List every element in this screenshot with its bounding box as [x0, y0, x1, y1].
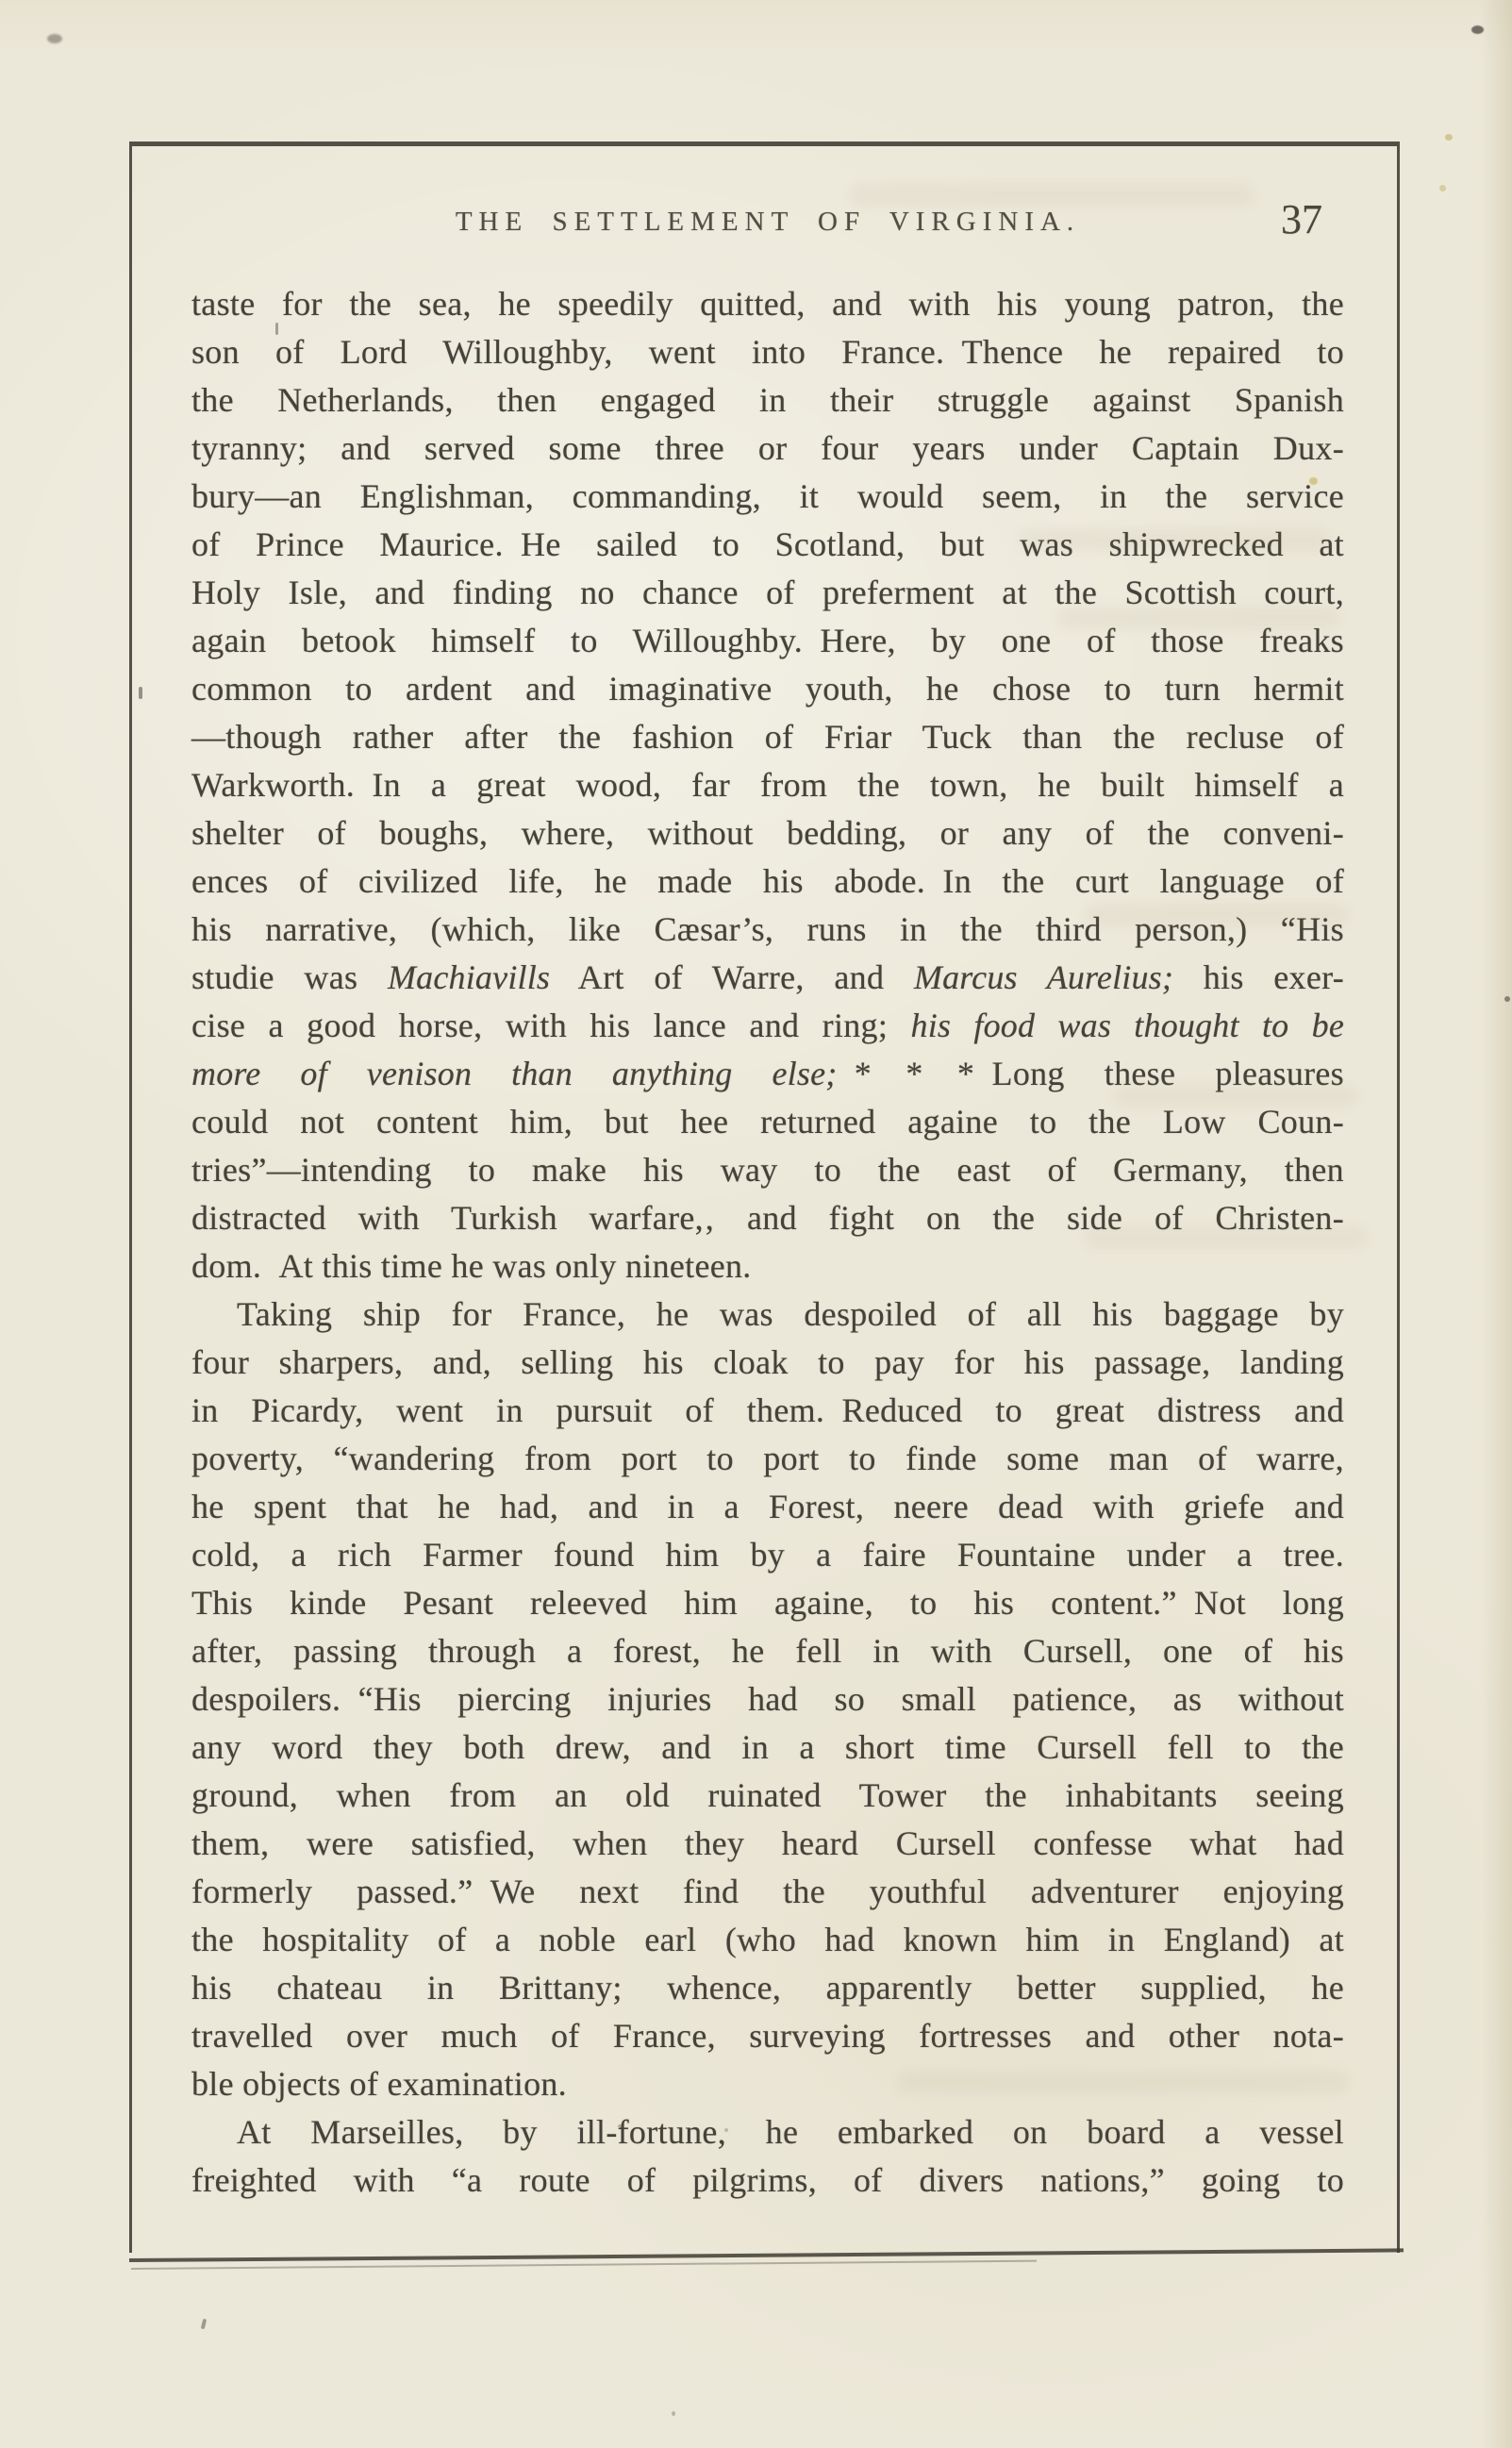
regular-text: studie was — [191, 958, 388, 996]
regular-text: after, passing through a forest, he fell… — [191, 1632, 1344, 1670]
regular-text: any word they both drew, and in a short … — [191, 1728, 1344, 1766]
paragraph: Taking ship for France, he was despoiled… — [191, 1291, 1344, 2108]
text-line: after, passing through a forest, he fell… — [191, 1627, 1344, 1675]
text-line: he spent that he had, and in a Forest, n… — [191, 1483, 1344, 1531]
regular-text: could not content him, but hee returned … — [191, 1103, 1344, 1141]
text-line: studie was Machiavills Art of Warre, and… — [191, 954, 1344, 1002]
text-line: Warkworth. In a great wood, far from the… — [191, 761, 1344, 809]
ink-speck — [47, 34, 62, 43]
regular-text: ences of civilized life, he made his abo… — [191, 862, 1344, 900]
regular-text: four sharpers, and, selling his cloak to… — [191, 1343, 1344, 1381]
regular-text: his exer- — [1173, 958, 1344, 996]
text-line: despoilers. “His piercing injuries had s… — [191, 1675, 1344, 1724]
text-line: Taking ship for France, he was despoiled… — [191, 1291, 1344, 1339]
foxing-spot — [1439, 185, 1446, 192]
text-line: formerly passed.” We next find the youth… — [191, 1868, 1344, 1916]
regular-text: At Marseilles, by ill-fortune, he embark… — [237, 2113, 1344, 2151]
regular-text: Holy Isle, and finding no chance of pref… — [191, 574, 1344, 611]
italic-text: Machiavills — [388, 958, 550, 996]
ink-speck — [1471, 25, 1484, 34]
regular-text: ground, when from an old ruinated Tower … — [191, 1776, 1344, 1814]
text-line: bury—an Englishman, commanding, it would… — [191, 473, 1344, 521]
text-line: dom. At this time he was only nineteen. — [191, 1242, 1344, 1291]
regular-text: son of Lord Willoughby, went into France… — [191, 333, 1344, 371]
show-through-smudge — [1113, 1085, 1358, 1107]
page-number: 37 — [1254, 195, 1349, 244]
regular-text: shelter of boughs, where, without beddin… — [191, 814, 1344, 852]
regular-text: —though rather after the fashion of Fria… — [191, 718, 1344, 756]
text-line: poverty, “wandering from port to port to… — [191, 1435, 1344, 1483]
italic-text: Marcus Aurelius; — [914, 958, 1173, 996]
text-line: This kinde Pesant releeved him againe, t… — [191, 1579, 1344, 1627]
regular-text: dom. At this time he was only nineteen. — [191, 1247, 752, 1285]
regular-text: formerly passed.” We next find the youth… — [191, 1873, 1344, 1910]
text-line: them, were satisfied, when they heard Cu… — [191, 1820, 1344, 1868]
frame-bottom-rule-double — [131, 2260, 1037, 2270]
show-through-smudge — [1085, 1226, 1368, 1249]
regular-text: them, were satisfied, when they heard Cu… — [191, 1824, 1344, 1862]
ink-speck — [275, 323, 278, 335]
regular-text: he spent that he had, and in a Forest, n… — [191, 1488, 1344, 1525]
running-header: THE SETTLEMENT OF VIRGINIA. — [191, 206, 1344, 238]
ink-speck — [724, 2128, 728, 2132]
text-line: tyranny; and served some three or four y… — [191, 425, 1344, 473]
ink-speck — [1504, 996, 1510, 1002]
regular-text: freighted with “a route of pilgrims, of … — [191, 2161, 1344, 2199]
regular-text: tries”—intending to make his way to the … — [191, 1151, 1344, 1189]
regular-text: tyranny; and served some three or four y… — [191, 429, 1344, 467]
page-title: THE SETTLEMENT OF VIRGINIA. — [456, 207, 1080, 237]
text-line: freighted with “a route of pilgrims, of … — [191, 2157, 1344, 2205]
regular-text: despoilers. “His piercing injuries had s… — [191, 1680, 1344, 1718]
regular-text: the Netherlands, then engaged in their s… — [191, 381, 1344, 419]
regular-text: taste for the sea, he speedily quitted, … — [191, 285, 1344, 323]
regular-text: the hospitality of a noble earl (who had… — [191, 1921, 1344, 1958]
foxing-spot — [1309, 477, 1318, 485]
regular-text: common to ardent and imaginative youth, … — [191, 670, 1344, 708]
paragraph: At Marseilles, by ill-fortune, he embark… — [191, 2108, 1344, 2205]
text-line: common to ardent and imaginative youth, … — [191, 665, 1344, 713]
text-line: cold, a rich Farmer found him by a faire… — [191, 1531, 1344, 1579]
italic-text: more of venison than anything else; — [191, 1055, 837, 1092]
regular-text: cise a good horse, with his lance and ri… — [191, 1007, 911, 1044]
scanned-page: THE SETTLEMENT OF VIRGINIA. 37 taste for… — [0, 0, 1512, 2448]
text-line: any word they both drew, and in a short … — [191, 1724, 1344, 1772]
show-through-smudge — [896, 2071, 1349, 2093]
text-line: ences of civilized life, he made his abo… — [191, 858, 1344, 906]
ink-speck — [672, 2411, 675, 2416]
ink-speck — [618, 2124, 623, 2128]
text-line: the Netherlands, then engaged in their s… — [191, 376, 1344, 425]
text-line: At Marseilles, by ill-fortune, he embark… — [191, 2108, 1344, 2157]
regular-text: Taking ship for France, he was despoiled… — [237, 1295, 1344, 1333]
foxing-spot — [1445, 134, 1453, 141]
regular-text: ble objects of examination. — [191, 2065, 567, 2103]
text-line: travelled over much of France, surveying… — [191, 2012, 1344, 2060]
text-line: ground, when from an old ruinated Tower … — [191, 1772, 1344, 1820]
regular-text: Art of Warre, and — [550, 958, 914, 996]
show-through-smudge — [1019, 528, 1330, 551]
text-line: four sharpers, and, selling his cloak to… — [191, 1339, 1344, 1387]
show-through-smudge — [1056, 607, 1339, 629]
text-line: —though rather after the fashion of Fria… — [191, 713, 1344, 761]
show-through-smudge — [849, 184, 1254, 207]
regular-text: This kinde Pesant releeved him againe, t… — [191, 1584, 1344, 1622]
regular-text: his chateau in Brittany; whence, apparen… — [191, 1969, 1344, 2007]
regular-text: Warkworth. In a great wood, far from the… — [191, 766, 1344, 804]
regular-text: bury—an Englishman, commanding, it would… — [191, 477, 1344, 515]
ink-speck — [139, 687, 142, 699]
ink-speck — [201, 2319, 208, 2330]
paragraph: taste for the sea, he speedily quitted, … — [191, 280, 1344, 1291]
text-line: the hospitality of a noble earl (who had… — [191, 1916, 1344, 1964]
text-line: son of Lord Willoughby, went into France… — [191, 328, 1344, 376]
text-line: tries”—intending to make his way to the … — [191, 1146, 1344, 1194]
regular-text: travelled over much of France, surveying… — [191, 2017, 1344, 2055]
show-through-smudge — [1085, 904, 1349, 926]
text-line: shelter of boughs, where, without beddin… — [191, 809, 1344, 858]
text-line: his chateau in Brittany; whence, apparen… — [191, 1964, 1344, 2012]
text-line: cise a good horse, with his lance and ri… — [191, 1002, 1344, 1050]
regular-text: cold, a rich Farmer found him by a faire… — [191, 1536, 1344, 1574]
text-line: taste for the sea, he speedily quitted, … — [191, 280, 1344, 328]
regular-text: poverty, “wandering from port to port to… — [191, 1440, 1344, 1477]
text-line: in Picardy, went in pursuit of them. Red… — [191, 1387, 1344, 1435]
regular-text: in Picardy, went in pursuit of them. Red… — [191, 1391, 1344, 1429]
italic-text: his food was thought to be — [911, 1007, 1344, 1044]
